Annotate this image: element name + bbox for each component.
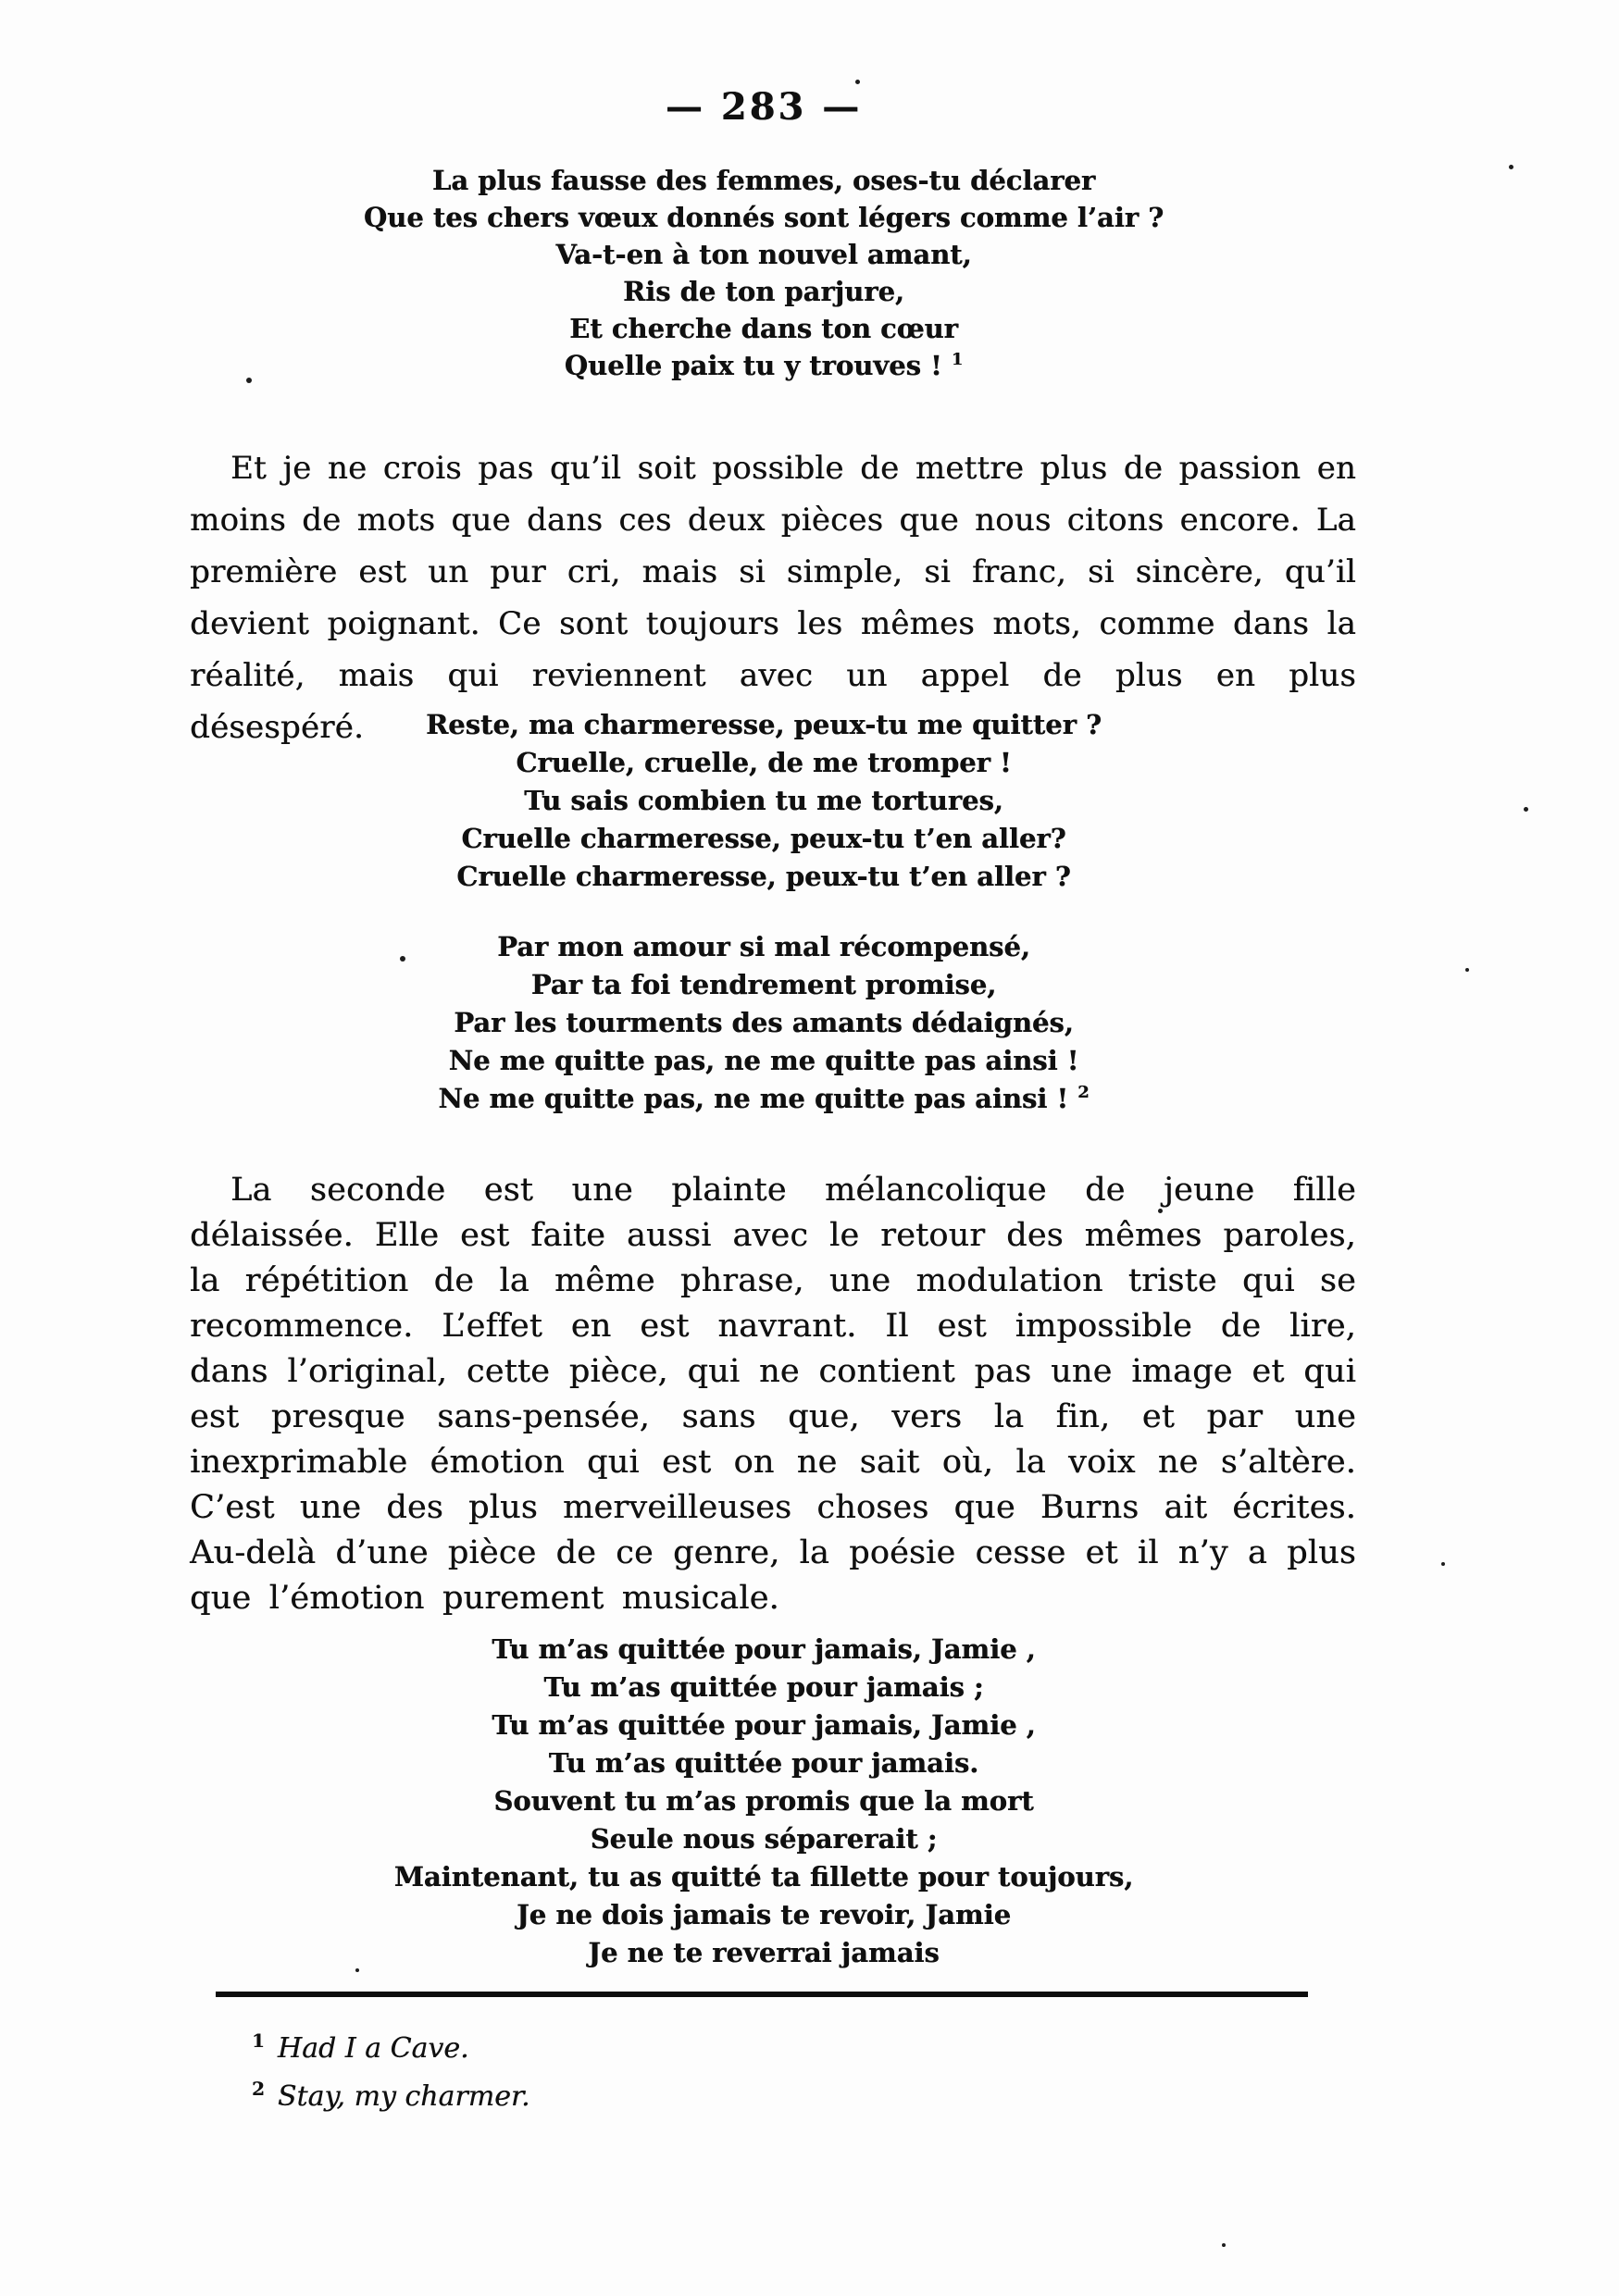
- poem-line: Maintenant, tu as quitté ta fillette pou…: [190, 1858, 1338, 1896]
- scan-speck: [1509, 165, 1513, 169]
- poem-line: Par mon amour si mal récompensé,: [190, 928, 1338, 966]
- poem-line: Et cherche dans ton cœur: [190, 310, 1338, 347]
- scan-speck: [1524, 807, 1528, 812]
- poem-line: Tu sais combien tu me tortures,: [190, 782, 1338, 820]
- poem-stay-my-charmer-stanza-2: Par mon amour si mal récompensé, Par ta …: [190, 928, 1338, 1118]
- poem-jamie-quote: Tu m’as quittée pour jamais, Jamie , Tu …: [190, 1631, 1338, 1972]
- poem-line: Je ne te reverrai jamais: [190, 1934, 1338, 1972]
- scan-speck: [246, 378, 252, 383]
- poem-line: Par ta foi tendrement promise,: [190, 966, 1338, 1004]
- poem-line: Tu m’as quittée pour jamais ;: [190, 1669, 1338, 1706]
- poem-line-text: Ne me quitte pas, ne me quitte pas ainsi…: [438, 1083, 1068, 1114]
- book-page: — 283 — La plus fausse des femmes, oses-…: [0, 0, 1619, 2296]
- scan-speck: [855, 80, 860, 84]
- poem-stay-my-charmer-stanza-1: Reste, ma charmeresse, peux-tu me quitte…: [190, 706, 1338, 896]
- scan-speck: [355, 1968, 359, 1972]
- poem-line: La plus fausse des femmes, oses-tu décla…: [190, 162, 1338, 199]
- footnote-1-ref: 1: [252, 2029, 265, 2052]
- poem-line: Je ne dois jamais te revoir, Jamie: [190, 1896, 1338, 1934]
- scan-speck: [1158, 1209, 1163, 1213]
- poem-line: Souvent tu m’as promis que la mort: [190, 1782, 1338, 1820]
- poem-line: Cruelle, cruelle, de me tromper !: [190, 744, 1338, 782]
- page-number: — 283 —: [190, 85, 1338, 129]
- footnote-1-text: Had I a Cave.: [278, 2032, 469, 2065]
- poem-line: Par les tourments des amants dédaignés,: [190, 1004, 1338, 1042]
- poem-line: Va-t-en à ton nouvel amant,: [190, 236, 1338, 273]
- poem-line: Seule nous séparerait ;: [190, 1820, 1338, 1858]
- footnote-2-text: Stay, my charmer.: [278, 2080, 530, 2113]
- scan-speck: [1222, 2243, 1226, 2247]
- poem-line: Tu m’as quittée pour jamais, Jamie ,: [190, 1706, 1338, 1744]
- poem-line: Ne me quitte pas, ne me quitte pas ainsi…: [190, 1042, 1338, 1080]
- poem-line: Ne me quitte pas, ne me quitte pas ainsi…: [190, 1080, 1338, 1118]
- footnote-separator-rule: [216, 1992, 1308, 1997]
- footnote-1: 1Had I a Cave.: [252, 2032, 469, 2065]
- poem-line: Ris de ton parjure,: [190, 273, 1338, 310]
- footnote-ref-2-marker: 2: [1077, 1083, 1090, 1102]
- poem-line: Cruelle charmeresse, peux-tu t’en aller …: [190, 858, 1338, 896]
- poem-line: Reste, ma charmeresse, peux-tu me quitte…: [190, 706, 1338, 744]
- poem-line: Quelle paix tu y trouves !1: [190, 347, 1338, 384]
- scan-speck: [1465, 968, 1469, 972]
- poem-line: Tu m’as quittée pour jamais, Jamie ,: [190, 1631, 1338, 1669]
- poem-line-text: Quelle paix tu y trouves !: [565, 350, 942, 381]
- scan-speck: [400, 956, 405, 962]
- scan-speck: [1441, 1562, 1445, 1566]
- poem-line: Cruelle charmeresse, peux-tu t’en aller?: [190, 820, 1338, 858]
- paragraph-commentary-2: La seconde est une plainte mélancolique …: [190, 1168, 1356, 1621]
- footnote-ref-1-marker: 1: [952, 350, 964, 369]
- poem-line: Tu m’as quittée pour jamais.: [190, 1744, 1338, 1782]
- footnote-2-ref: 2: [252, 2078, 265, 2100]
- poem-had-i-a-cave: La plus fausse des femmes, oses-tu décla…: [190, 162, 1338, 384]
- poem-line: Que tes chers vœux donnés sont légers co…: [190, 199, 1338, 236]
- footnote-2: 2Stay, my charmer.: [252, 2080, 530, 2113]
